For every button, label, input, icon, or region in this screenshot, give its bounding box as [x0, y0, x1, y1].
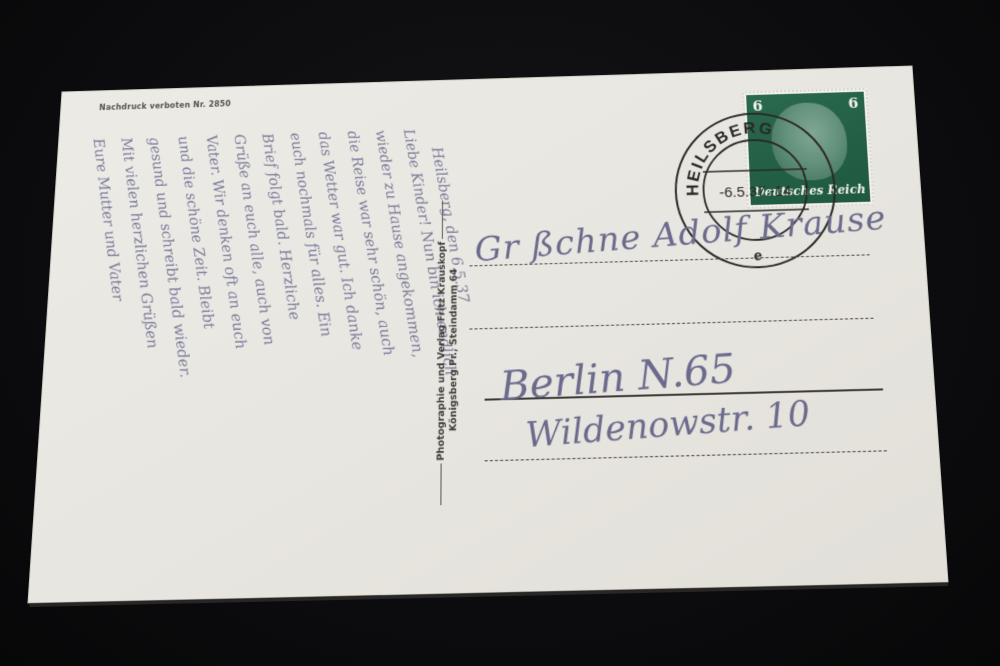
imprint-line-2: Königsberg Pr., Steindamm 64: [447, 164, 460, 545]
handwritten-message: Heilsberg, den 6.5.37Liebe Kinder! Nun b…: [61, 107, 475, 575]
imprint-line-1: Photographie und Verlag Fritz Krauskopf: [435, 241, 447, 461]
postmark-letter: e: [753, 247, 762, 264]
photo-scene: Nachdruck verboten Nr. 2850 Heilsberg, d…: [0, 0, 1000, 666]
publisher-imprint: Photographie und Verlag Fritz Krauskopf …: [435, 164, 461, 546]
stamp-perforation: [742, 88, 875, 209]
address-line-2: [469, 318, 873, 330]
postage-stamp: 6 6 Deutsches Reich: [742, 88, 875, 209]
postcard-back: Nachdruck verboten Nr. 2850 Heilsberg, d…: [28, 66, 948, 603]
reprint-notice: Nachdruck verboten Nr. 2850: [99, 100, 231, 112]
